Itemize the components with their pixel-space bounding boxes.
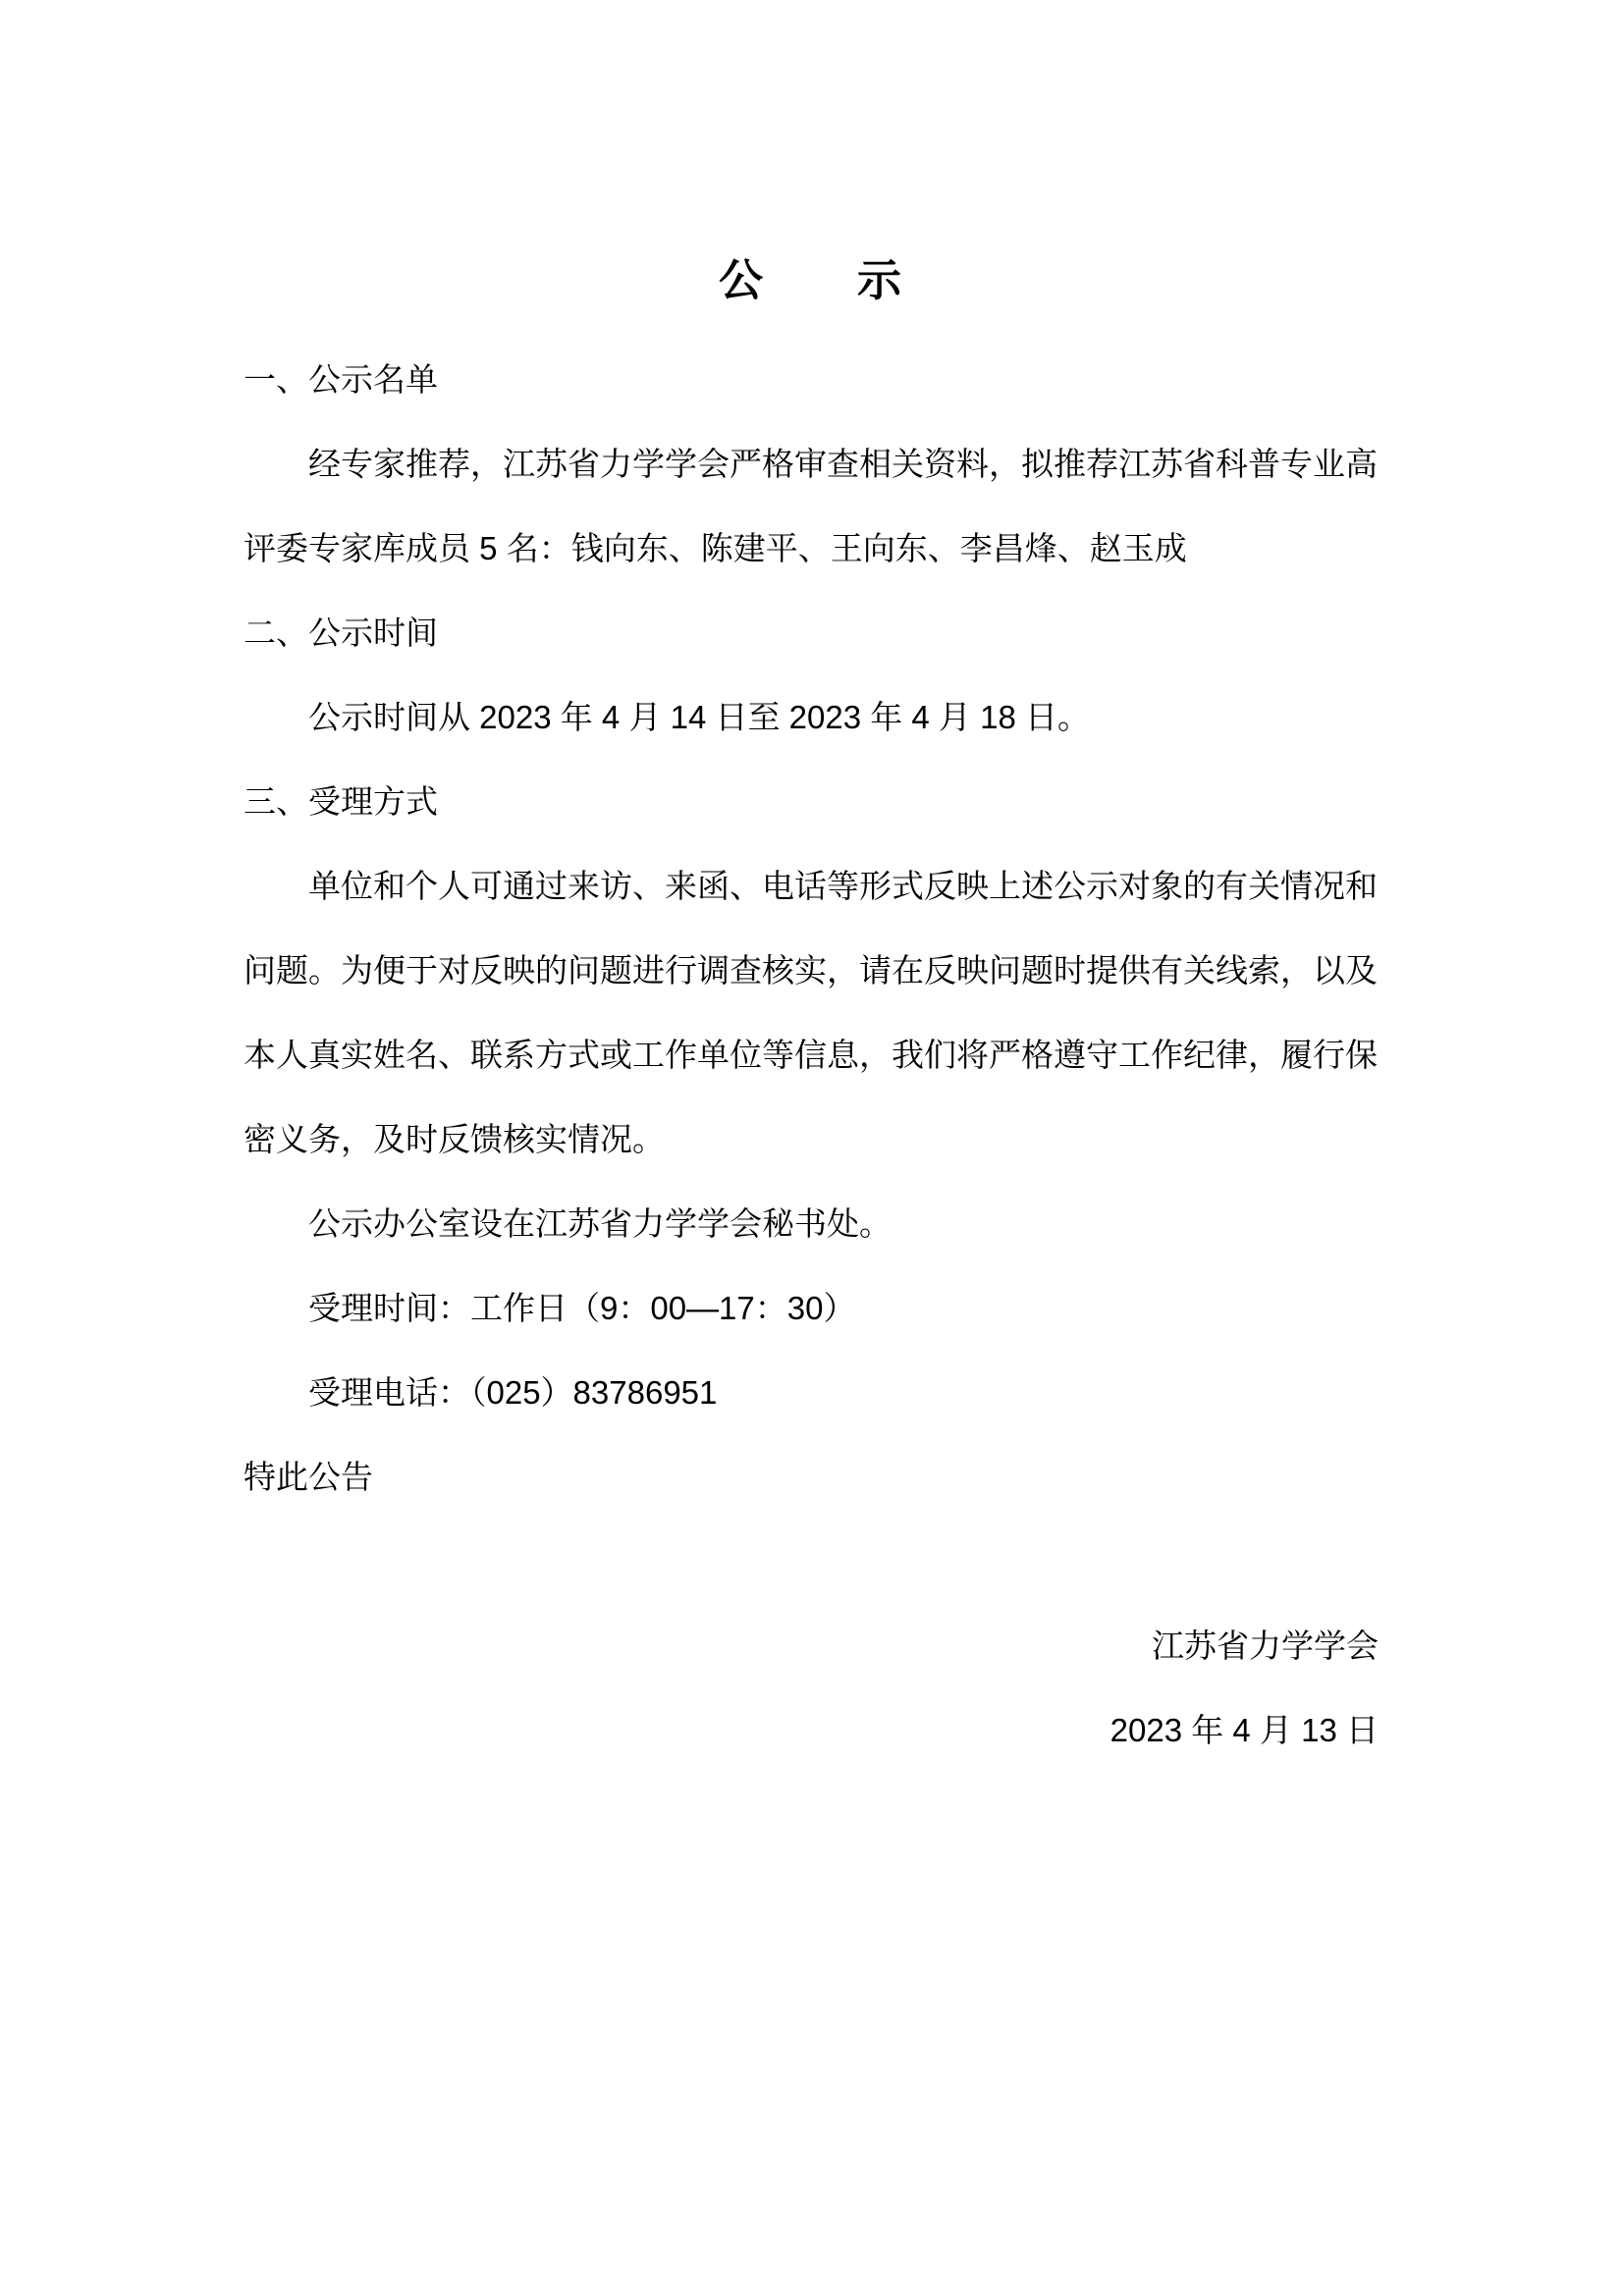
acceptance-phone-line: 受理电话：（025）83786951: [244, 1351, 1379, 1435]
section-1-heading: 一、公示名单: [244, 338, 1379, 422]
announcement-content: 公 示 一、公示名单 经专家推荐，江苏省力学学会严格审查相关资料，拟推荐江苏省科…: [244, 245, 1379, 1773]
announcement-page: 公 示 一、公示名单 经专家推荐，江苏省力学学会严格审查相关资料，拟推荐江苏省科…: [0, 0, 1624, 2296]
section-1-paragraph-line-2: 评委专家库成员 5 名：钱向东、陈建平、王向东、李昌烽、赵玉成: [244, 507, 1379, 591]
signature-block: 江苏省力学学会 2023 年 4 月 13 日: [244, 1604, 1379, 1773]
section-3-paragraph-line-2: 问题。为便于对反映的问题进行调查核实，请在反映问题时提供有关线索，以及: [244, 929, 1379, 1013]
section-3-paragraph-line-3: 本人真实姓名、联系方式或工作单位等信息，我们将严格遵守工作纪律，履行保: [244, 1013, 1379, 1097]
announcement-closing-line: 特此公告: [244, 1435, 1379, 1520]
section-3-paragraph-line-4: 密义务，及时反馈核实情况。: [244, 1097, 1379, 1182]
section-3-heading: 三、受理方式: [244, 760, 1379, 844]
section-1-paragraph-line-1: 经专家推荐，江苏省力学学会严格审查相关资料，拟推荐江苏省科普专业高: [244, 422, 1379, 507]
document-title: 公 示: [244, 245, 1379, 316]
spacer: [244, 1520, 1379, 1604]
acceptance-hours-line: 受理时间：工作日（9：00—17：30）: [244, 1266, 1379, 1351]
office-location-line: 公示办公室设在江苏省力学学会秘书处。: [244, 1182, 1379, 1266]
signature-date: 2023 年 4 月 13 日: [244, 1688, 1379, 1773]
section-3-paragraph-line-1: 单位和个人可通过来访、来函、电话等形式反映上述公示对象的有关情况和: [244, 844, 1379, 929]
section-2-paragraph-line-1: 公示时间从 2023 年 4 月 14 日至 2023 年 4 月 18 日。: [244, 675, 1379, 760]
section-2-heading: 二、公示时间: [244, 591, 1379, 675]
signature-organization: 江苏省力学学会: [244, 1604, 1379, 1688]
